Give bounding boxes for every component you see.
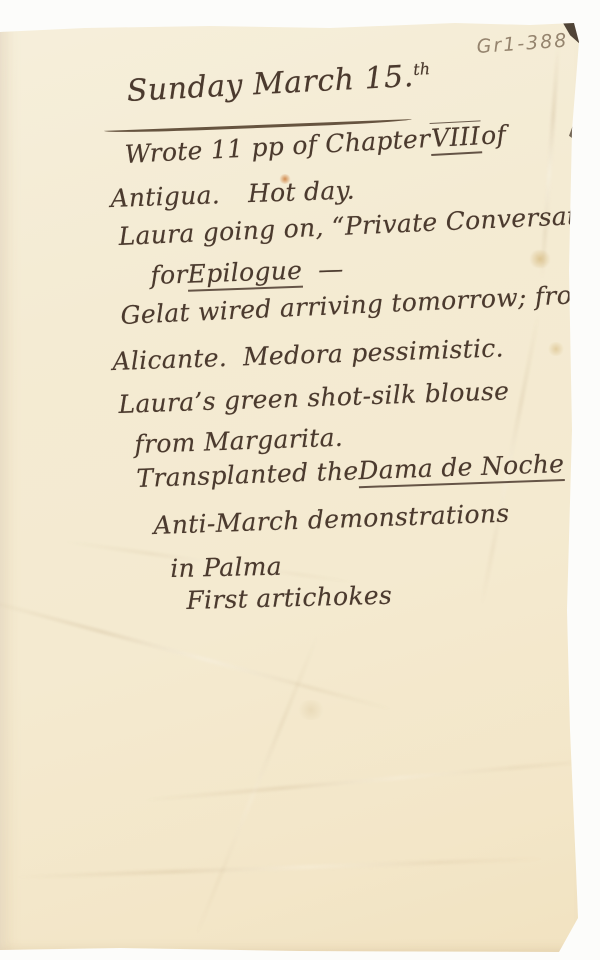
line-text: from Margarita. (134, 423, 344, 459)
foxing-stain (528, 250, 552, 268)
paper-crease (15, 857, 545, 879)
line-text: for (150, 260, 188, 290)
chapter-numeral: VIII (429, 120, 482, 156)
handwritten-line: in Palma (170, 552, 282, 583)
line-text: Anti-March demonstrations (153, 499, 510, 540)
line-text: . (580, 448, 589, 477)
line-text: Alicante. (112, 343, 227, 376)
date-heading: Sunday March 15.th (126, 58, 431, 109)
line-text: Hot day. (247, 175, 355, 208)
line-text: in Palma (170, 552, 282, 583)
heading-date-text: Sunday March 15 (126, 60, 404, 109)
paper-crease (141, 758, 600, 803)
handwritten-line: for Epilogue— (150, 254, 344, 293)
line-text: — (318, 254, 344, 284)
edge-fold-mark (569, 125, 579, 143)
line-text: First artichokes (186, 581, 392, 615)
underlined-phrase: Dama de Noche (358, 449, 565, 488)
foxing-stain (547, 342, 565, 356)
handwritten-line: First artichokes (186, 581, 392, 615)
handwritten-line: Antigua.Hot day. (110, 175, 355, 213)
line-text: Medora pessimistic. (242, 333, 504, 371)
foxing-stain (296, 700, 326, 720)
heading-ordinal: th (413, 59, 431, 79)
paper-crease (540, 45, 560, 280)
handwritten-line: Laura’s green shot-silk blouse (118, 376, 510, 419)
photo-background: Gr1-388 Sunday March 15.th Wrote 11 pp o… (0, 0, 600, 960)
line-text: Antigua. (110, 180, 221, 213)
handwritten-line: Alicante.Medora pessimistic. (112, 333, 504, 376)
handwritten-line: from Margarita. (134, 423, 344, 459)
manuscript-page: Gr1-388 Sunday March 15.th Wrote 11 pp o… (0, 0, 600, 960)
underlined-word: Epilogue (187, 256, 303, 292)
handwritten-line: Anti-March demonstrations (153, 499, 510, 540)
line-text: Transplanted the (136, 456, 359, 493)
line-text: of (480, 120, 506, 150)
line-text: Laura’s green shot-silk blouse (118, 376, 510, 419)
